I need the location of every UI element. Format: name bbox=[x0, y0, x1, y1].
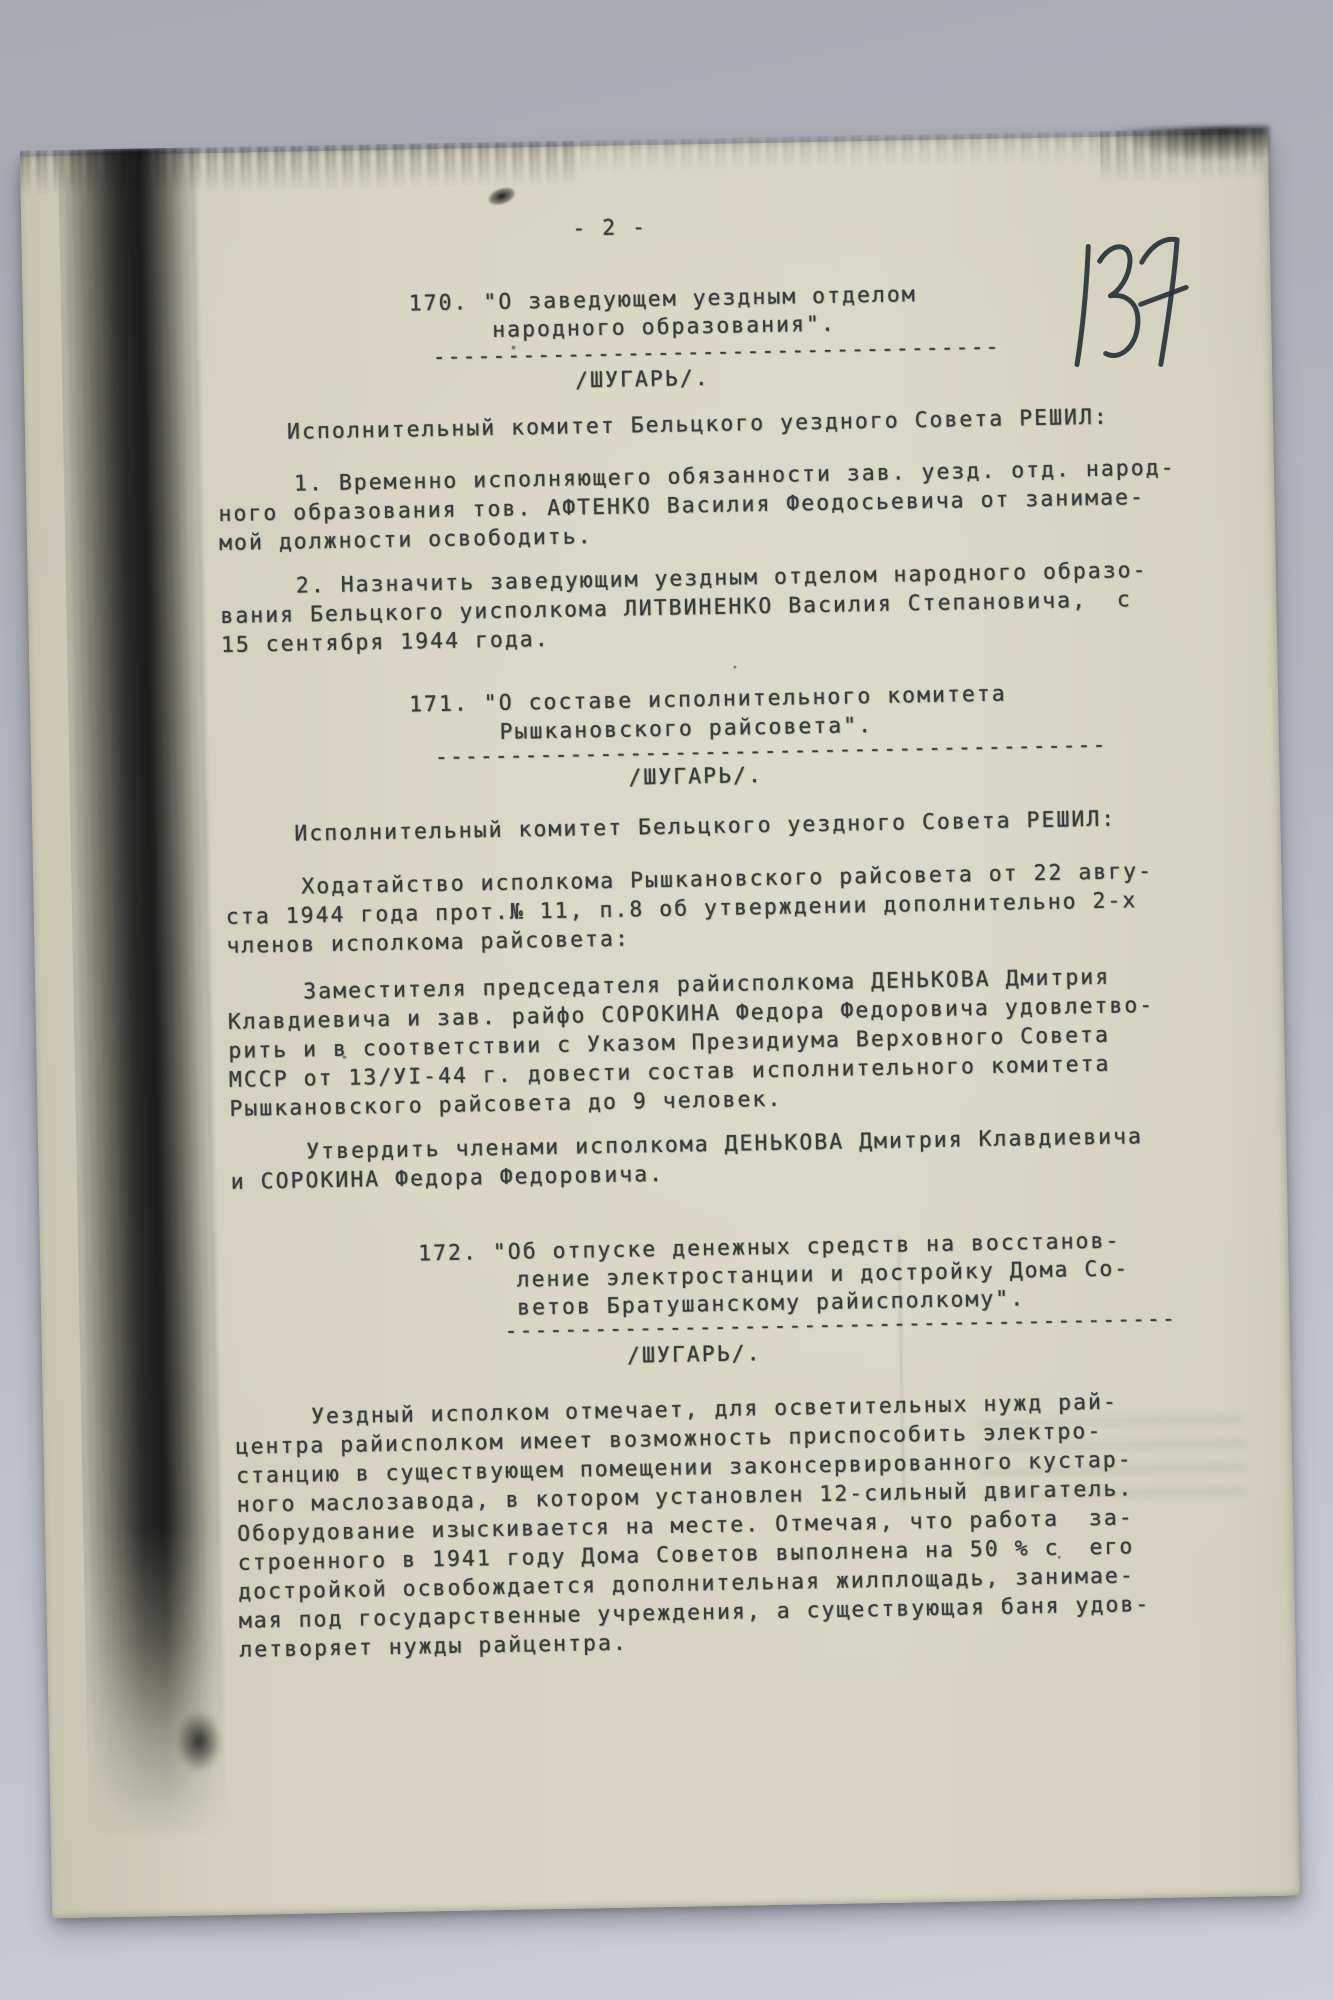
signer-172: /ШУГАРЬ/. bbox=[627, 1341, 762, 1368]
paragraph-line: и СОРОКИНА Федора Федоровича. bbox=[231, 1162, 665, 1195]
paragraph-line: членов исполкома райсовета: bbox=[226, 927, 630, 959]
paragraph-line: мой должности освободить. bbox=[219, 524, 593, 556]
paper-speck bbox=[733, 666, 736, 669]
intro-line-170: Исполнительный комитет Бельцкого уездног… bbox=[287, 405, 1109, 445]
page-number: - 2 - bbox=[572, 215, 647, 241]
top-edge-smudge-middle bbox=[580, 131, 1101, 175]
paragraph-line: 15 сентября 1944 года. bbox=[221, 627, 550, 658]
paragraph-line: Утвердить членами исполкома ДЕНЬКОВА Дми… bbox=[306, 1124, 1143, 1164]
top-right-corner-smudge bbox=[1078, 126, 1271, 178]
signer-170: /ШУГАРЬ/. bbox=[575, 366, 710, 393]
intro-line-171: Исполнительный комитет Бельцкого уездног… bbox=[294, 807, 1116, 847]
paragraph-line: Рышкановского райсовета до 9 человек. bbox=[229, 1087, 782, 1122]
gutter-bottom-blob bbox=[166, 1698, 232, 1785]
paragraph-line: летворяет нужды райцентра. bbox=[239, 1631, 628, 1663]
heading-171-line1: 171. "О составе исполнительного комитета bbox=[409, 682, 1007, 718]
left-gutter-shadow bbox=[58, 147, 229, 1849]
signer-171: /ШУГАРЬ/. bbox=[628, 763, 763, 790]
photo-backdrop: - 2 - 170. "О заведующем уездным отделом… bbox=[0, 0, 1333, 2000]
heading-170-line1: 170. "О заведующем уездным отделом bbox=[408, 282, 916, 316]
document-page: - 2 - 170. "О заведующем уездным отделом… bbox=[20, 134, 1300, 1919]
handwritten-folio-number bbox=[1043, 222, 1212, 387]
